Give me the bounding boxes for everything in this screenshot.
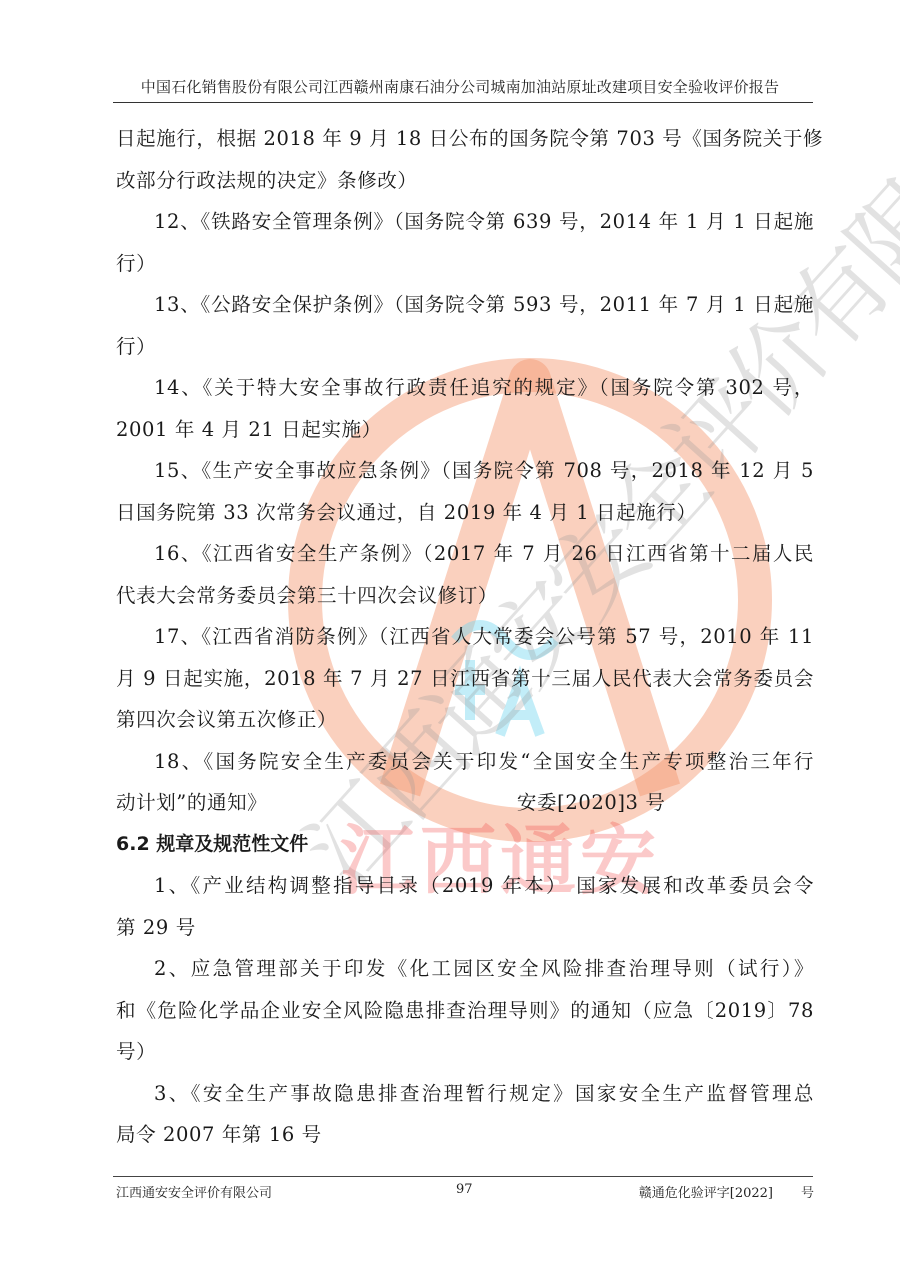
list-item-18: 18、《国务院安全生产委员会关于印发“全国安全生产专项整治三年行 (116, 741, 814, 783)
text-line: 行） (116, 243, 814, 285)
text-line: 局令 2007 年第 16 号 (116, 1114, 814, 1156)
footer-doc-code: 赣通危化验评字[2022]号 (639, 1182, 814, 1201)
text-line: 号） (116, 1031, 814, 1073)
header-divider (113, 102, 813, 103)
footer-company: 江西通安安全评价有限公司 (116, 1182, 272, 1201)
text-line: 日起施行，根据 2018 年 9 月 18 日公布的国务院令第 703 号《国务… (116, 118, 814, 160)
item18-doc-number: 安委[2020]3 号 (517, 791, 666, 814)
text-line: 改部分行政法规的决定》条修改） (116, 160, 814, 202)
list-item-3: 3、《安全生产事故隐患排查治理暂行规定》国家安全生产监督管理总 (116, 1073, 814, 1115)
text-line: 行） (116, 326, 814, 368)
list-item-17: 17、《江西省消防条例》（江西省人大常委会公号第 57 号，2010 年 11 (116, 616, 814, 658)
section-heading: 6.2 规章及规范性文件 (116, 824, 814, 866)
doc-code: 赣通危化验评字[2022] (639, 1186, 773, 1201)
list-item-1: 1、《产业结构调整指导目录（2019 年本） 国家发展和改革委员会令 (116, 865, 814, 907)
text-line: 和《危险化学品企业安全风险隐患排查治理导则》的通知（应急〔2019〕78 (116, 990, 814, 1032)
list-item-13: 13、《公路安全保护条例》（国务院令第 593 号，2011 年 7 月 1 日… (116, 284, 814, 326)
text-line: 代表大会常务委员会第三十四次会议修订） (116, 575, 814, 617)
list-item-14: 14、《关于特大安全事故行政责任追究的规定》（国务院令第 302 号， (116, 367, 814, 409)
doc-suffix: 号 (801, 1186, 814, 1201)
text-line: 第 29 号 (116, 907, 814, 949)
running-footer: 江西通安安全评价有限公司 97 赣通危化验评字[2022]号 (116, 1182, 814, 1200)
text-line: 动计划”的通知》 安委[2020]3 号 (116, 782, 814, 824)
list-item-12: 12、《铁路安全管理条例》（国务院令第 639 号，2014 年 1 月 1 日… (116, 201, 814, 243)
list-item-2: 2、应急管理部关于印发《化工园区安全风险排查治理导则（试行）》 (116, 948, 814, 990)
item18-title-end: 动计划”的通知》 (116, 791, 267, 814)
text-line: 第四次会议第五次修正） (116, 699, 814, 741)
text-line: 2001 年 4 月 21 日起实施） (116, 409, 814, 451)
list-item-16: 16、《江西省安全生产条例》（2017 年 7 月 26 日江西省第十二届人民 (116, 533, 814, 575)
text-line: 日国务院第 33 次常务会议通过，自 2019 年 4 月 1 日起施行） (116, 492, 814, 534)
running-header: 中国石化销售股份有限公司江西赣州南康石油分公司城南加油站原址改建项目安全验收评价… (110, 76, 810, 97)
text-line: 月 9 日起实施，2018 年 7 月 27 日江西省第十三届人民代表大会常务委… (116, 658, 814, 700)
document-page: 中国石化销售股份有限公司江西赣州南康石油分公司城南加油站原址改建项目安全验收评价… (0, 0, 900, 1272)
list-item-15: 15、《生产安全事故应急条例》（国务院令第 708 号，2018 年 12 月 … (116, 450, 814, 492)
document-body: 日起施行，根据 2018 年 9 月 18 日公布的国务院令第 703 号《国务… (116, 118, 814, 1156)
footer-divider (113, 1176, 813, 1177)
page-number: 97 (456, 1182, 473, 1197)
